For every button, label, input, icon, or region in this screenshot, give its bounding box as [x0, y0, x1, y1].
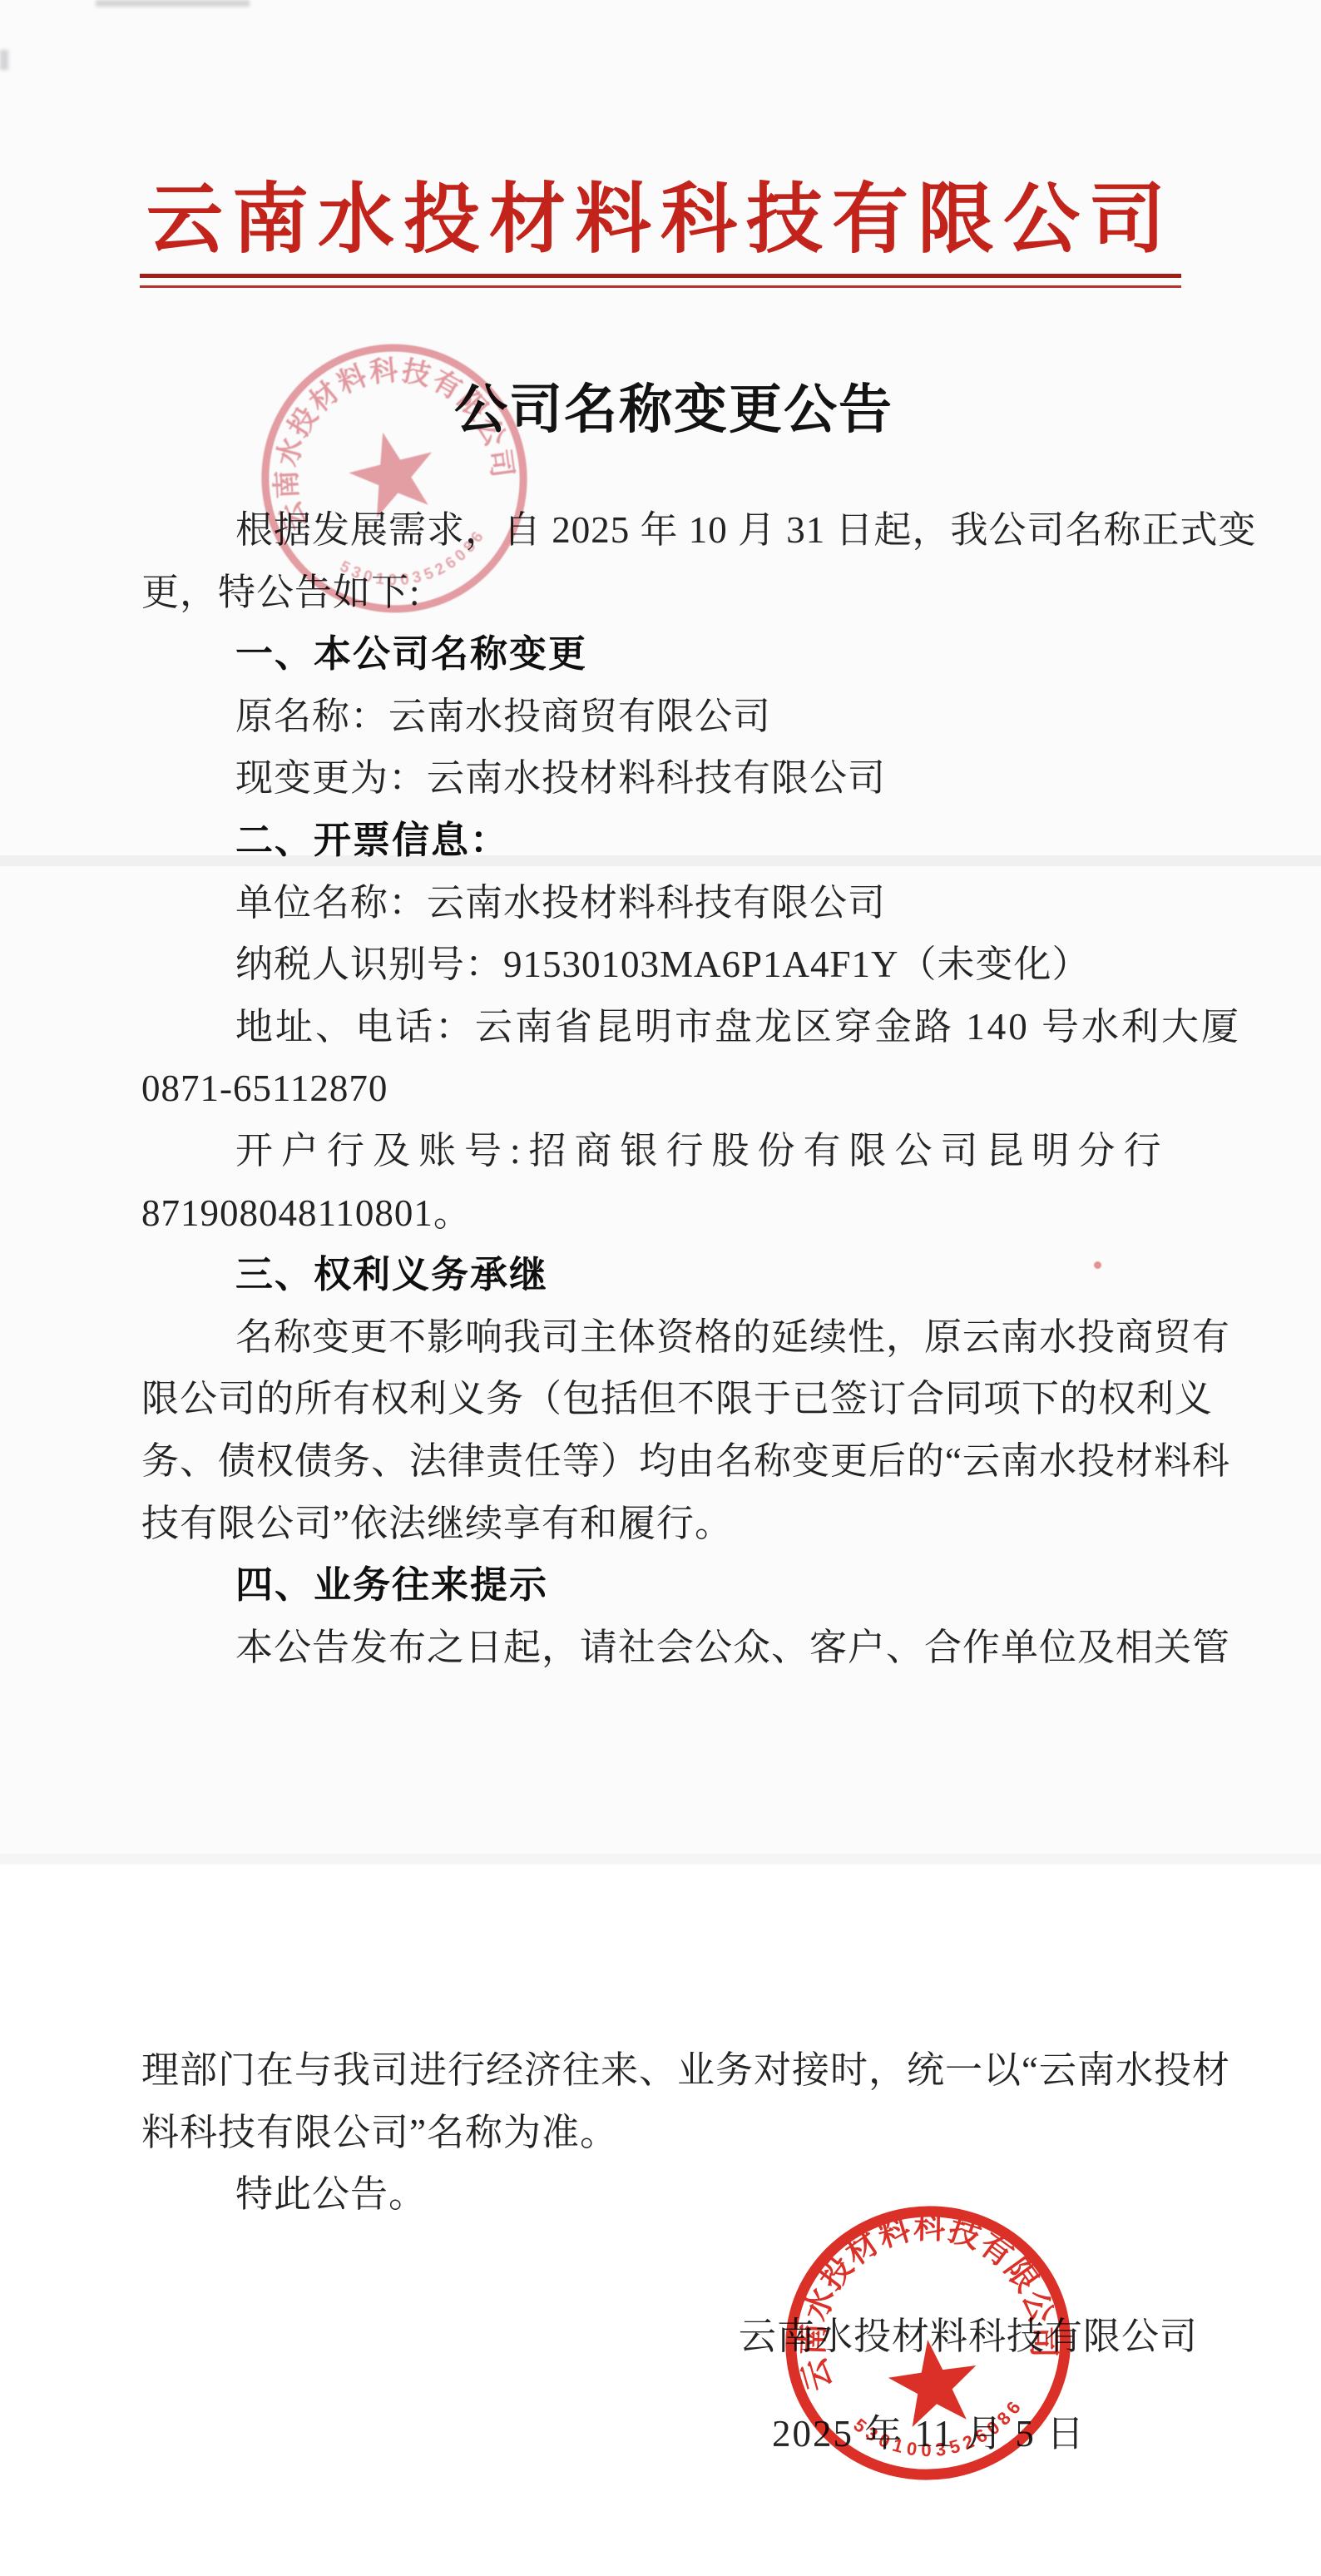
letterhead-company-name: 云南水投材料科技有限公司 — [0, 178, 1321, 262]
body-line: 名称变更不影响我司主体资格的延续性，原云南水投商贸有 — [141, 1306, 1210, 1369]
body-line: 料科技有限公司”名称为准。 — [141, 2102, 1210, 2164]
body-line: 871908048110801。 — [141, 1182, 1210, 1245]
svg-text:5301003526086: 5301003526086 — [334, 523, 497, 605]
seal-company-arc-text: 云南水投材料科技有限公司 — [778, 2192, 1065, 2395]
letterhead-rule-thick — [140, 274, 1181, 278]
body-line: 技有限公司”依法继续享有和履行。 — [141, 1493, 1210, 1555]
seal-star-icon — [341, 422, 443, 522]
body-line: 纳税人识别号：91530103MA6P1A4F1Y（未变化） — [141, 934, 1210, 996]
section-heading-3: 三、权利义务承继 — [141, 1244, 1210, 1306]
body-line: 本公告发布之日起，请社会公众、客户、合作单位及相关管 — [141, 1617, 1210, 1679]
section-heading-4: 四、业务往来提示 — [141, 1554, 1210, 1617]
seal-number-arc-text: 5301003526086 — [334, 523, 497, 605]
document-page: 云南水投材料科技有限公司 公司名称变更公告 根据发展需求，自 2025 年 10… — [0, 0, 1321, 2576]
svg-text:云南水投材料科技有限公司: 云南水投材料科技有限公司 — [778, 2192, 1065, 2395]
scan-smudge — [96, 0, 250, 7]
body-line: 0871-65112870 — [141, 1058, 1210, 1120]
body-line: 单位名称：云南水投材料科技有限公司 — [141, 872, 1210, 934]
body-line: 务、债权债务、法律责任等）均由名称变更后的“云南水投材料科 — [141, 1430, 1210, 1493]
page-break-gap — [141, 1678, 1210, 2039]
body-line: 原名称：云南水投商贸有限公司 — [141, 686, 1210, 748]
body-line: 开户行及账号:招商银行股份有限公司昆明分行 — [141, 1120, 1210, 1182]
body-line: 限公司的所有权利义务（包括但不限于已签订合同项下的权利义 — [141, 1368, 1210, 1430]
document-title: 公司名称变更公告 — [0, 367, 1321, 443]
scan-smudge — [0, 50, 8, 70]
body-line: 地址、电话：云南省昆明市盘龙区穿金路 140 号水利大厦 — [141, 996, 1210, 1058]
company-seal-icon: 云南水投材料科技有限公司 5301003526086 — [762, 2184, 1095, 2505]
section-heading-2: 二、开票信息： — [141, 810, 1210, 872]
body-line: 理部门在与我司进行经济往来、业务对接时，统一以“云南水投材 — [141, 2039, 1210, 2102]
seal-star-icon — [883, 2334, 983, 2430]
document-body: 根据发展需求，自 2025 年 10 月 31 日起，我公司名称正式变 更，特公… — [141, 499, 1210, 2226]
body-line: 现变更为：云南水投材料科技有限公司 — [141, 747, 1210, 810]
letterhead-rule-thin — [140, 285, 1181, 288]
